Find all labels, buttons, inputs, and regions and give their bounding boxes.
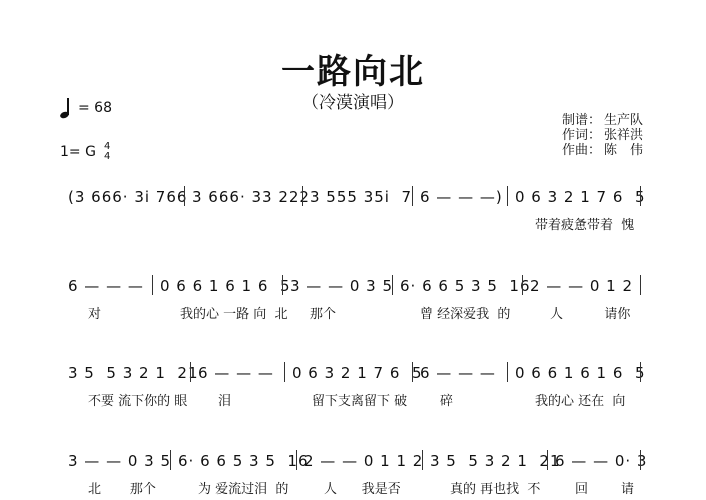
bar-line [640, 186, 641, 206]
bar-line [152, 275, 153, 295]
bar-line [640, 275, 641, 295]
measure-notes: 0 6 3 2 1 7 6 5 [515, 188, 646, 206]
credit-lyricist: 作词： 张祥洪 [562, 128, 643, 143]
measure-notes: 3 555 35i 7 [310, 188, 412, 206]
tempo-marking: = 68 [60, 98, 112, 118]
bar-line [412, 186, 413, 206]
measure-lyric: 北 那个 [88, 478, 156, 497]
bar-line [547, 450, 548, 470]
measure-notes: 0 6 6 1 6 1 6 5 [160, 277, 291, 295]
measure-notes: 3 5 5 3 2 1 21 [68, 364, 199, 382]
measure-notes: 6 — — — [198, 364, 274, 382]
measure-notes: 2 — — 0 1 1 2 [304, 452, 423, 470]
measure-lyric: 回 请 [575, 478, 634, 497]
measure-lyric: 碎 [440, 390, 453, 409]
measure-notes: 6 — — — [420, 364, 496, 382]
measure-lyric: 人 请你 [550, 303, 630, 322]
measure-notes: 6 — — 0· 3 [555, 452, 647, 470]
measure-notes: 6· 6 6 5 3 5 16 [400, 277, 531, 295]
measure-lyric: 带着疲惫带着 愧 [535, 214, 634, 233]
tempo-value: = 68 [78, 100, 112, 116]
bar-line [392, 275, 393, 295]
credits: 制谱： 生产队 作词： 张祥洪 作曲： 陈 伟 [562, 113, 643, 158]
bar-line [170, 450, 171, 470]
bar-line [412, 362, 413, 382]
measure-lyric: 我的心 一路 向 北 [180, 303, 288, 322]
bar-line [302, 186, 303, 206]
song-title: 一路向北 [0, 44, 706, 93]
measure-notes: 3 — — 0 3 5 [68, 452, 171, 470]
bar-line [282, 275, 283, 295]
measure-lyric: 人 我是否 [324, 478, 401, 497]
measure-lyric: 曾 经深爱我 的 [420, 303, 510, 322]
measure-lyric: 不要 流下你的 眼 [88, 390, 187, 409]
score-line: 6 — — —对0 6 6 1 6 1 6 5我的心 一路 向 北3 — — 0… [60, 277, 646, 327]
measure-lyric: 为 爱流过泪 的 [198, 478, 288, 497]
bar-line [640, 362, 641, 382]
score-line: 3 5 5 3 2 1 21不要 流下你的 眼6 — — —泪0 6 3 2 1… [60, 364, 646, 414]
measure-notes: (3 666· 3i 766 [68, 188, 187, 206]
bar-line [522, 275, 523, 295]
credit-arranger: 制谱： 生产队 [562, 113, 643, 128]
measure-notes: 6 — — —) [420, 188, 503, 206]
measure-lyric: 对 [88, 303, 101, 322]
measure-notes: 2 — — 0 1 2 [530, 277, 633, 295]
measure-lyric: 真的 再也找 不 [450, 478, 540, 497]
quarter-note-icon [60, 98, 70, 118]
time-signature: 4 4 [104, 142, 110, 162]
key-value: 1= G [60, 144, 96, 160]
measure-lyric: 那个 [310, 303, 336, 322]
key-signature: 1= G 4 4 [60, 142, 110, 162]
measure-notes: 6· 6 6 5 3 5 16 [178, 452, 309, 470]
bar-line [507, 186, 508, 206]
score-line: 3 — — 0 3 5北 那个6· 6 6 5 3 5 16为 爱流过泪 的2 … [60, 452, 646, 500]
measure-notes: 6 — — — [68, 277, 144, 295]
measure-lyric: 留下支离留下 破 [312, 390, 407, 409]
score-line: (3 666· 3i 7663 666· 33 2223 555 35i 76 … [60, 188, 646, 238]
measure-lyric: 泪 [218, 390, 231, 409]
bar-line [640, 450, 641, 470]
measure-notes: 3 5 5 3 2 1 21 [430, 452, 561, 470]
measure-notes: 3 666· 33 222 [192, 188, 310, 206]
bar-line [190, 362, 191, 382]
credit-composer: 作曲： 陈 伟 [562, 143, 643, 158]
bar-line [507, 362, 508, 382]
measure-notes: 3 — — 0 3 5 [290, 277, 393, 295]
measure-lyric: 我的心 还在 向 [535, 390, 625, 409]
bar-line [284, 362, 285, 382]
bar-line [422, 450, 423, 470]
bar-line [296, 450, 297, 470]
measure-notes: 0 6 6 1 6 1 6 5 [515, 364, 646, 382]
measure-notes: 0 6 3 2 1 7 6 5 [292, 364, 423, 382]
bar-line [184, 186, 185, 206]
